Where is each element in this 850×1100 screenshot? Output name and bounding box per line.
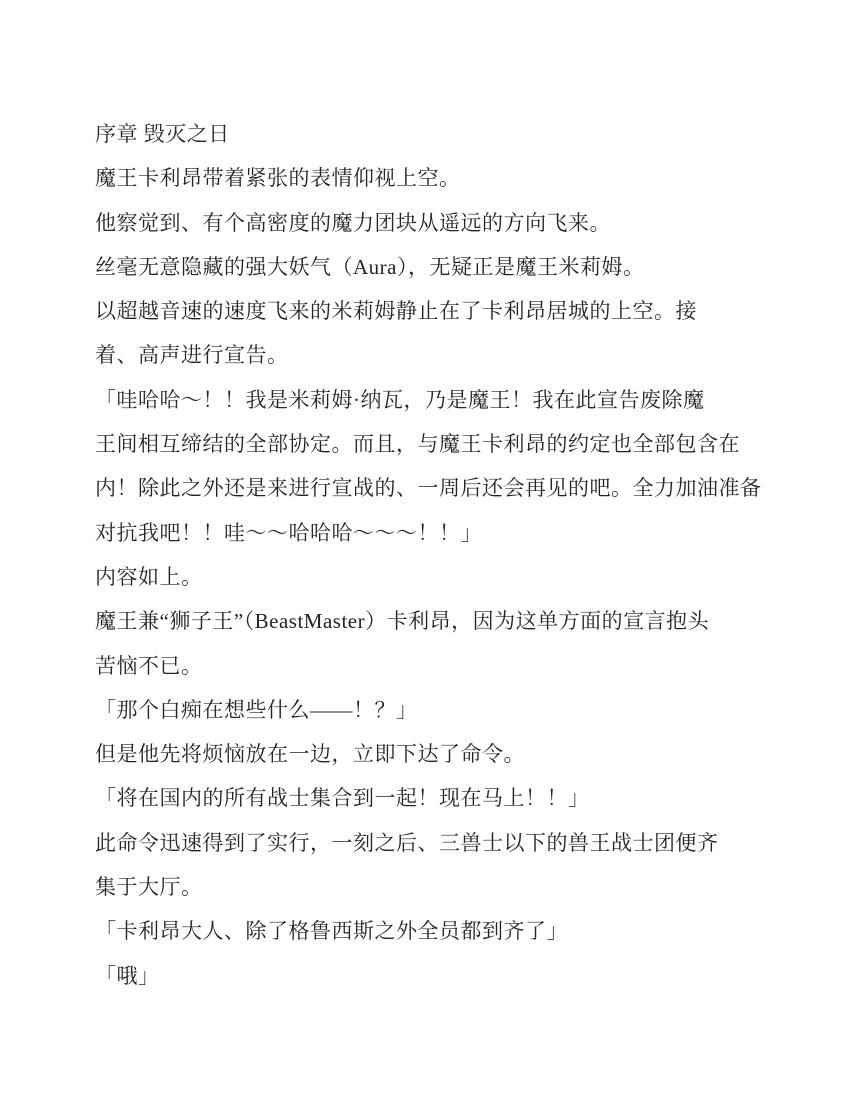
text-line: 「那个白痴在想些什么——！？」: [95, 688, 775, 732]
text-line: 集于大厅。: [95, 865, 775, 909]
text-line: 但是他先将烦恼放在一边，立即下达了命令。: [95, 732, 775, 776]
text-line: 魔王卡利昂带着紧张的表情仰视上空。: [95, 156, 775, 200]
text-block: 序章 毁灭之日 魔王卡利昂带着紧张的表情仰视上空。 他察觉到、有个高密度的魔力团…: [95, 112, 775, 998]
text-line: 内容如上。: [95, 555, 775, 599]
text-line: 「哇哈哈～！！我是米莉姆·纳瓦，乃是魔王！我在此宣告废除魔: [95, 378, 775, 422]
text-line: 以超越音速的速度飞来的米莉姆静止在了卡利昂居城的上空。接: [95, 289, 775, 333]
text-line: 「卡利昂大人、除了格鲁西斯之外全员都到齐了」: [95, 909, 775, 953]
text-line: 丝毫无意隐藏的强大妖气（Aura），无疑正是魔王米莉姆。: [95, 245, 775, 289]
text-line: 他察觉到、有个高密度的魔力团块从遥远的方向飞来。: [95, 201, 775, 245]
chapter-title: 序章 毁灭之日: [95, 112, 775, 156]
text-line: 「哦」: [95, 954, 775, 998]
text-line: 对抗我吧！！哇～～哈哈哈～～～！！」: [95, 511, 775, 555]
text-line: 此命令迅速得到了实行，一刻之后、三兽士以下的兽王战士团便齐: [95, 821, 775, 865]
text-line: 王间相互缔结的全部协定。而且，与魔王卡利昂的约定也全部包含在: [95, 422, 775, 466]
text-line: 苦恼不已。: [95, 644, 775, 688]
text-line: 着、高声进行宣告。: [95, 333, 775, 377]
text-line: 内！除此之外还是来进行宣战的、一周后还会再见的吧。全力加油准备: [95, 466, 775, 510]
text-line: 魔王兼“狮子王”（BeastMaster）卡利昂，因为这单方面的宣言抱头: [95, 599, 775, 643]
text-line: 「将在国内的所有战士集合到一起！现在马上！！」: [95, 776, 775, 820]
document-page: 序章 毁灭之日 魔王卡利昂带着紧张的表情仰视上空。 他察觉到、有个高密度的魔力团…: [0, 0, 850, 1100]
